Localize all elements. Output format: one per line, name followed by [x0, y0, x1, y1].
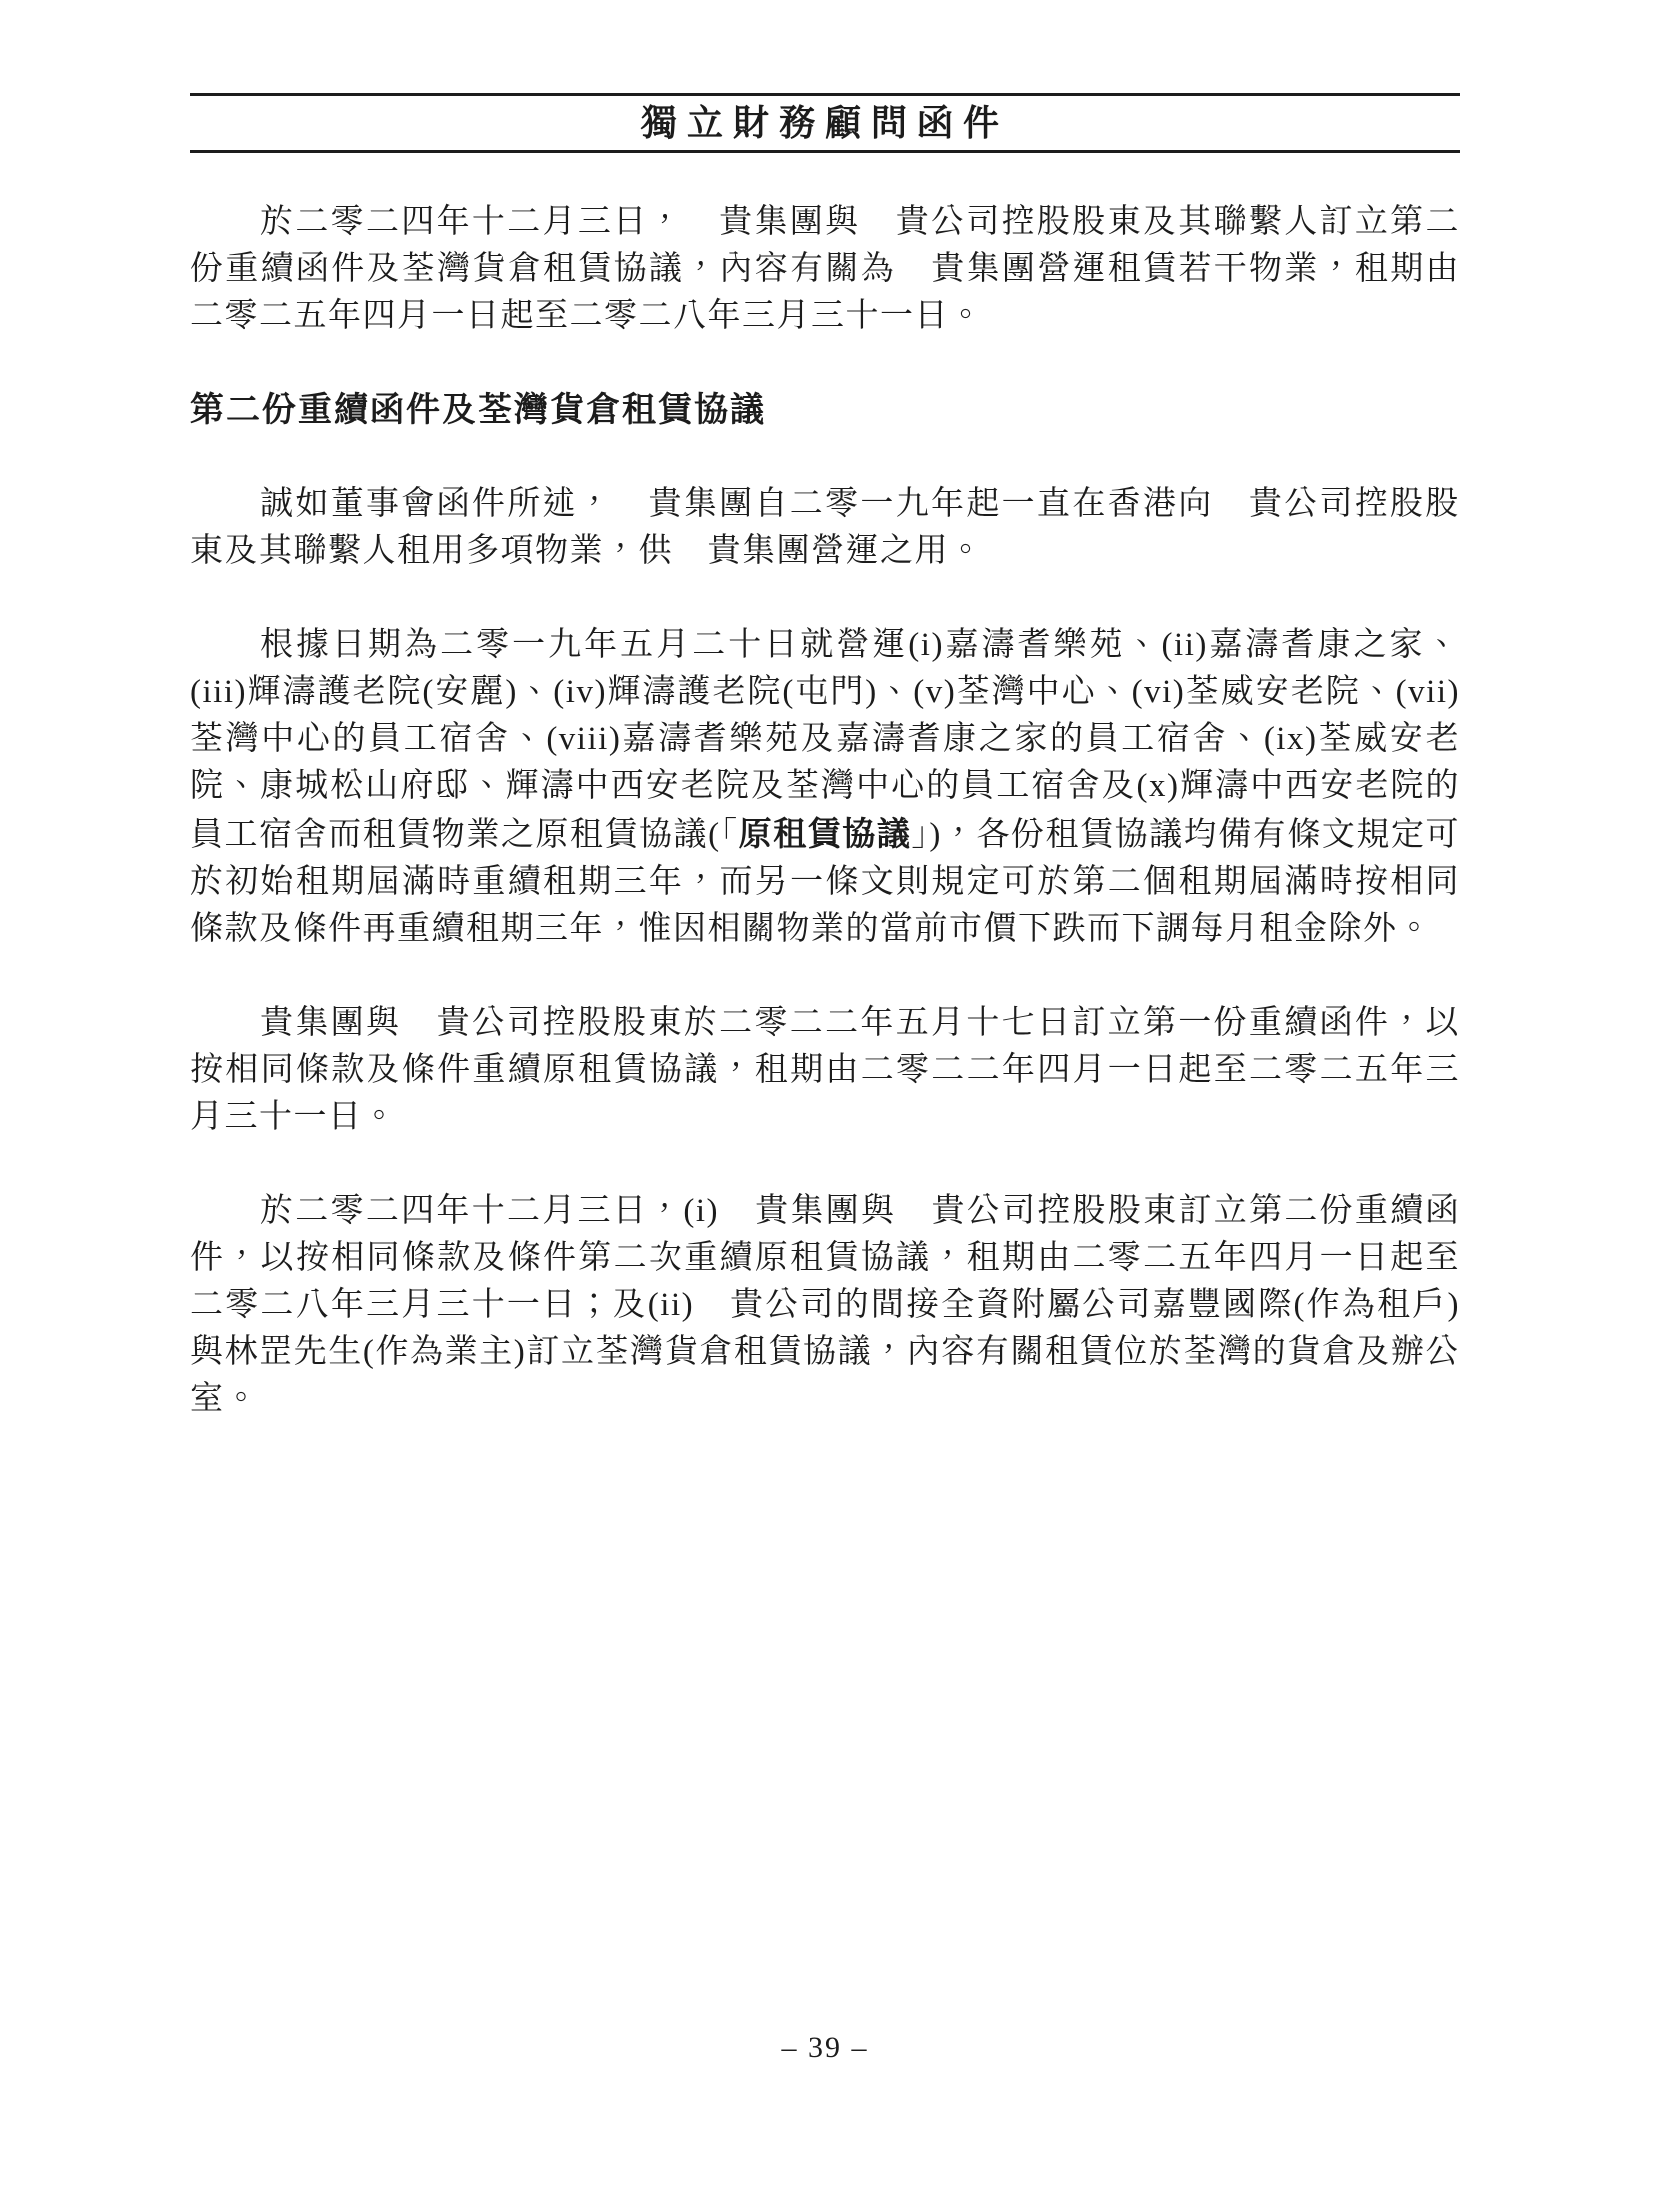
- letter-body: 於二零二四年十二月三日， 貴集團與 貴公司控股股東及其聯繫人訂立第二份重續函件及…: [190, 153, 1460, 1423]
- section-heading-second-renewal-letter: 第二份重續函件及荃灣貨倉租賃協議: [190, 387, 1460, 434]
- paragraph-board-letter-reference: 誠如董事會函件所述， 貴集團自二零一九年起一直在香港向 貴公司控股股東及其聯繫人…: [190, 481, 1460, 575]
- page-content: 獨立財務顧問函件 於二零二四年十二月三日， 貴集團與 貴公司控股股東及其聯繫人訂…: [190, 93, 1460, 1470]
- letter-header: 獨立財務顧問函件: [190, 93, 1460, 153]
- page-title: 獨立財務顧問函件: [641, 105, 1009, 141]
- page-number: – 39 –: [782, 2031, 869, 2064]
- defined-term-original-lease-agreements: 原租賃協議: [739, 815, 912, 852]
- paragraph-original-lease-agreements: 根據日期為二零一九年五月二十日就營運(i)嘉濤耆樂苑、(ii)嘉濤耆康之家、(i…: [190, 622, 1460, 953]
- paragraph-second-renewal-letter-intro: 於二零二四年十二月三日， 貴集團與 貴公司控股股東及其聯繫人訂立第二份重續函件及…: [190, 199, 1460, 340]
- paragraph-first-renewal-letter: 貴集團與 貴公司控股股東於二零二二年五月十七日訂立第一份重續函件，以按相同條款及…: [190, 1000, 1460, 1141]
- paragraph-second-renewal-and-warehouse-lease: 於二零二四年十二月三日，(i) 貴集團與 貴公司控股股東訂立第二份重續函件，以按…: [190, 1188, 1460, 1423]
- page-footer: – 39 –: [190, 2028, 1460, 2068]
- document-page: 獨立財務顧問函件 於二零二四年十二月三日， 貴集團與 貴公司控股股東及其聯繫人訂…: [0, 0, 1654, 2205]
